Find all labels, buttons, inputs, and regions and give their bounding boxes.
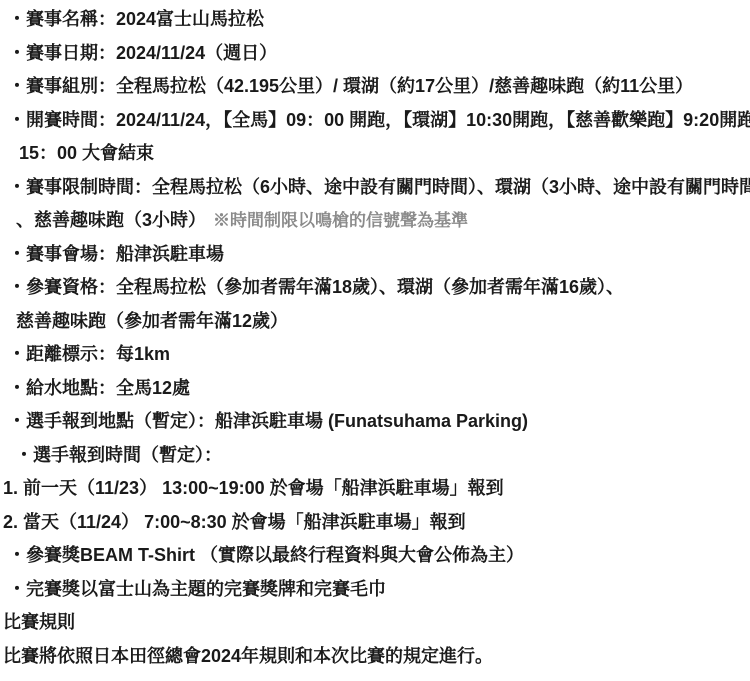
- time-limit-text: ・賽事限制時間：全程馬拉松（6小時、途中設有關門時間）、環湖（3小時、途中設有關…: [8, 177, 750, 197]
- distance-markers-text: ・距離標示：每1km: [8, 344, 170, 364]
- start-time-text: ・開賽時間：2024/11/24，【全馬】09：00 開跑，【環湖】10:30開…: [8, 110, 750, 130]
- water-stations-text: ・給水地點：全馬12處: [8, 378, 190, 398]
- time-limit-continuation-text: 、慈善趣味跑（3小時）: [16, 210, 206, 230]
- line-eligibility-continuation: 慈善趣味跑（參加者需年滿12歲）: [0, 305, 750, 339]
- line-start-time: ・開賽時間：2024/11/24，【全馬】09：00 開跑，【環湖】10:30開…: [0, 104, 750, 138]
- line-race-rules-body: 比賽將依照日本田徑總會2024年規則和本次比賽的規定進行。: [0, 640, 750, 674]
- race-rules-body-text: 比賽將依照日本田徑總會2024年規則和本次比賽的規定進行。: [3, 646, 493, 666]
- checkin-day-before-text: 1. 前一天（11/23） 13:00~19:00 於會場「船津浜駐車場」報到: [3, 478, 504, 498]
- line-event-categories: ・賽事組別：全程馬拉松（42.195公里）/ 環湖（約17公里）/慈善趣味跑（約…: [0, 70, 750, 104]
- line-water-stations: ・給水地點：全馬12處: [0, 372, 750, 406]
- checkin-time-text: ・選手報到時間（暫定）：: [15, 445, 222, 465]
- line-eligibility: ・參賽資格：全程馬拉松（參加者需年滿18歲）、環湖（參加者需年滿16歲）、: [0, 271, 750, 305]
- line-time-limit: ・賽事限制時間：全程馬拉松（6小時、途中設有關門時間）、環湖（3小時、途中設有關…: [0, 171, 750, 205]
- checkin-same-day-text: 2. 當天（11/24） 7:00~8:30 於會場「船津浜駐車場」報到: [3, 512, 466, 532]
- race-rules-heading-text: 比賽規則: [3, 612, 75, 632]
- checkin-location-text: ・選手報到地點（暫定）：船津浜駐車場 (Funatsuhama Parking): [8, 411, 528, 431]
- line-checkin-day-before: 1. 前一天（11/23） 13:00~19:00 於會場「船津浜駐車場」報到: [0, 472, 750, 506]
- line-distance-markers: ・距離標示：每1km: [0, 338, 750, 372]
- line-checkin-location: ・選手報到地點（暫定）：船津浜駐車場 (Funatsuhama Parking): [0, 405, 750, 439]
- finisher-award-text: ・完賽獎以富士山為主題的完賽獎牌和完賽毛巾: [8, 579, 386, 599]
- line-start-time-continuation: 15：00 大會結束: [0, 137, 750, 171]
- line-event-name: ・賽事名稱：2024富士山馬拉松: [0, 3, 750, 37]
- line-finisher-award: ・完賽獎以富士山為主題的完賽獎牌和完賽毛巾: [0, 573, 750, 607]
- event-name-text: ・賽事名稱：2024富士山馬拉松: [8, 9, 264, 29]
- heading-race-rules: 比賽規則: [0, 606, 750, 640]
- line-venue: ・賽事會場：船津浜駐車場: [0, 238, 750, 272]
- venue-text: ・賽事會場：船津浜駐車場: [8, 244, 224, 264]
- event-date-text: ・賽事日期：2024/11/24（週日）: [8, 43, 277, 63]
- eligibility-continuation-text: 慈善趣味跑（參加者需年滿12歲）: [16, 311, 288, 331]
- line-checkin-same-day: 2. 當天（11/24） 7:00~8:30 於會場「船津浜駐車場」報到: [0, 506, 750, 540]
- line-checkin-time: ・選手報到時間（暫定）：: [0, 439, 750, 473]
- line-participation-award: ・參賽獎BEAM T-Shirt （實際以最終行程資料與大會公佈為主）: [0, 539, 750, 573]
- eligibility-text: ・參賽資格：全程馬拉松（參加者需年滿18歲）、環湖（參加者需年滿16歲）、: [8, 277, 624, 297]
- event-info-document: ・賽事名稱：2024富士山馬拉松 ・賽事日期：2024/11/24（週日） ・賽…: [0, 0, 750, 681]
- line-time-limit-continuation: 、慈善趣味跑（3小時）※時間制限以鳴槍的信號聲為基準: [0, 204, 750, 238]
- participation-award-text: ・參賽獎BEAM T-Shirt （實際以最終行程資料與大會公佈為主）: [8, 545, 524, 565]
- start-time-continuation-text: 15：00 大會結束: [19, 143, 154, 163]
- line-event-date: ・賽事日期：2024/11/24（週日）: [0, 37, 750, 71]
- time-limit-note: ※時間制限以鳴槍的信號聲為基準: [213, 211, 468, 230]
- event-categories-text: ・賽事組別：全程馬拉松（42.195公里）/ 環湖（約17公里）/慈善趣味跑（約…: [8, 76, 693, 96]
